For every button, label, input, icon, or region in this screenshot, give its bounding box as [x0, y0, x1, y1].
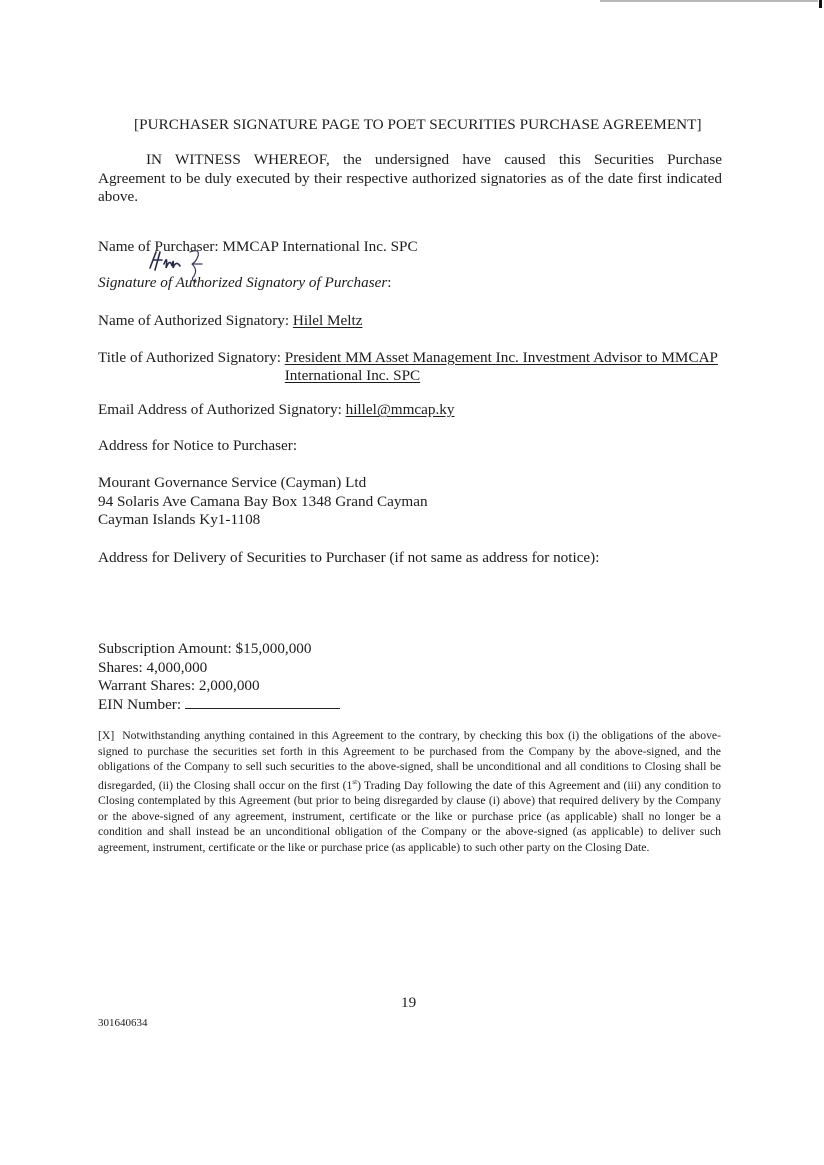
ein-number-row: EIN Number:	[98, 696, 340, 715]
subscription-amount-value: $15,000,000	[236, 640, 312, 657]
notice-address-line: Cayman Islands Ky1-1108	[98, 511, 428, 530]
scan-edge-line	[600, 0, 818, 2]
signatory-name-row: Name of Authorized Signatory: Hilel Melt…	[98, 312, 362, 330]
ein-number-blank-line	[185, 696, 340, 709]
closing-clause: [X] Notwithstanding anything contained i…	[98, 728, 721, 856]
scan-edge-mark	[819, 0, 822, 8]
ein-number-label: EIN Number:	[98, 696, 181, 713]
signatory-name-label: Name of Authorized Signatory:	[98, 312, 289, 329]
witness-paragraph: IN WITNESS WHEREOF, the undersigned have…	[98, 151, 722, 207]
subscription-amount-row: Subscription Amount: $15,000,000	[98, 640, 340, 659]
document-id: 301640634	[98, 1017, 148, 1029]
subscription-amount-label: Subscription Amount:	[98, 640, 232, 657]
notice-address-line: 94 Solaris Ave Camana Bay Box 1348 Grand…	[98, 493, 428, 512]
signatory-name-value: Hilel Meltz	[293, 312, 363, 329]
warrant-shares-row: Warrant Shares: 2,000,000	[98, 677, 340, 696]
signatory-email-row: Email Address of Authorized Signatory: h…	[98, 401, 455, 419]
page-number: 19	[401, 994, 416, 1012]
notice-address-line: Mourant Governance Service (Cayman) Ltd	[98, 474, 428, 493]
closing-checkbox: [X]	[98, 729, 114, 742]
signature-row: Signature of Authorized Signatory of Pur…	[98, 274, 392, 292]
signatory-title-line-2: International Inc. SPC	[285, 367, 420, 384]
signatory-title-value: President MM Asset Management Inc. Inves…	[285, 349, 718, 385]
signatory-email-label: Email Address of Authorized Signatory:	[98, 401, 342, 418]
witness-line-rest: Agreement to be duly executed by their r…	[98, 170, 722, 206]
shares-value: 4,000,000	[147, 659, 208, 676]
shares-label: Shares:	[98, 659, 143, 676]
notice-address-label: Address for Notice to Purchaser:	[98, 437, 297, 455]
warrant-shares-label: Warrant Shares:	[98, 677, 195, 694]
signatory-title-row: Title of Authorized Signatory: President…	[98, 349, 718, 385]
signatory-email-value: hillel@mmcap.ky	[346, 401, 455, 418]
witness-line-1: IN WITNESS WHEREOF, the undersigned have…	[146, 151, 722, 168]
amounts-block: Subscription Amount: $15,000,000 Shares:…	[98, 640, 340, 714]
page-heading: [PURCHASER SIGNATURE PAGE TO POET SECURI…	[134, 116, 702, 134]
signatory-title-line-1: President MM Asset Management Inc. Inves…	[285, 349, 718, 366]
signature-label: Signature of Authorized Signatory of Pur…	[98, 274, 387, 291]
delivery-address-label: Address for Delivery of Securities to Pu…	[98, 549, 599, 567]
signatory-title-label: Title of Authorized Signatory:	[98, 349, 281, 366]
shares-row: Shares: 4,000,000	[98, 659, 340, 678]
signature-colon: :	[387, 274, 391, 291]
purchaser-name-value: MMCAP International Inc. SPC	[222, 238, 417, 255]
warrant-shares-value: 2,000,000	[199, 677, 260, 694]
notice-address-block: Mourant Governance Service (Cayman) Ltd …	[98, 474, 428, 530]
